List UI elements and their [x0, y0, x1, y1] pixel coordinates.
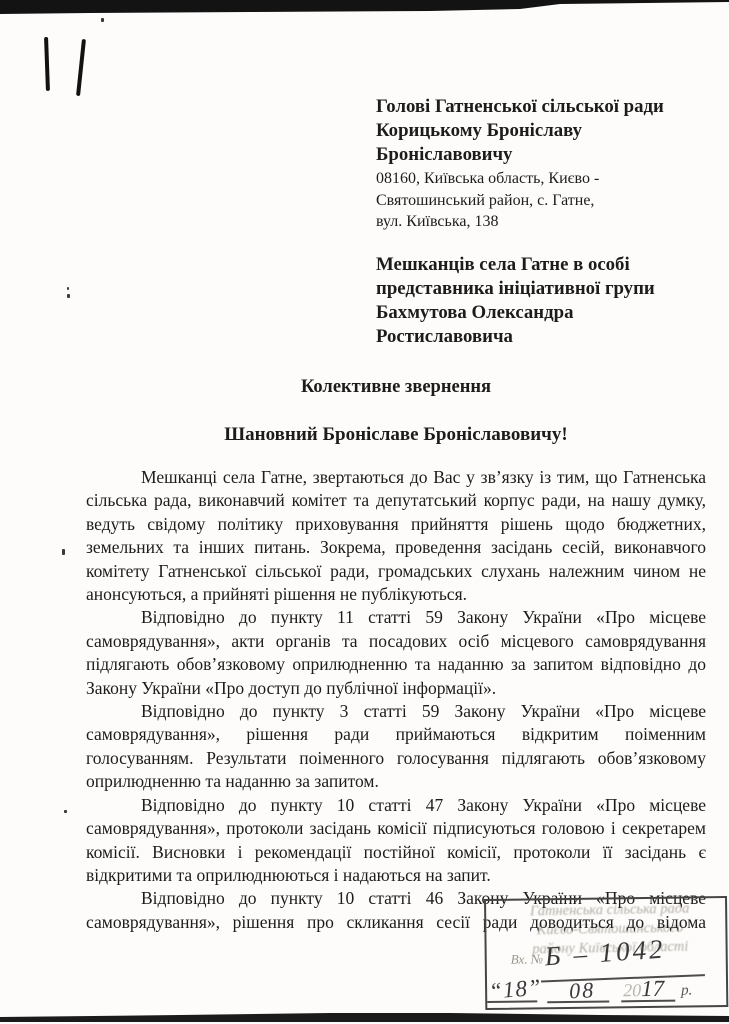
address-line: вул. Київська, 138: [376, 211, 599, 233]
address-line: Святошинський район, с. Гатне,: [376, 190, 599, 212]
pen-mark-left: [44, 37, 50, 91]
scan-speck: [101, 18, 104, 22]
scan-speck: [67, 287, 69, 290]
sender-line: Бахмутова Олександра: [376, 301, 655, 325]
recipient-line: Корицькому Броніславу: [376, 119, 664, 143]
paragraph: Відповідно до пункту 11 статті 59 Закону…: [86, 606, 706, 700]
stamp-date-year: 2017: [623, 976, 664, 1002]
scanned-letter-page: Голові Гатненської сільської ради Кориць…: [0, 0, 729, 1024]
sender-line: представника ініціативної групи: [376, 277, 655, 301]
sender-block: Мешканців села Гатне в особі представник…: [376, 253, 655, 349]
salutation: Шановний Броніславе Броніславовичу!: [85, 424, 707, 446]
stamp-year-handwritten: 17: [641, 976, 664, 1001]
recipient-block: Голові Гатненської сільської ради Кориць…: [376, 95, 664, 166]
scan-speck: [67, 294, 70, 298]
sender-line: Мешканців села Гатне в особі: [376, 253, 655, 277]
scan-speck: [64, 810, 67, 813]
stamp-underline: [547, 1000, 609, 1003]
recipient-address-block: 08160, Київська область, Києво - Святоши…: [376, 168, 599, 233]
paragraph: Відповідно до пункту 3 статті 59 Закону …: [86, 700, 706, 794]
stamp-underline: [621, 1000, 675, 1003]
stamp-underline: [487, 1000, 537, 1003]
incoming-number-handwritten: Б – 1042: [544, 934, 667, 973]
stamp-date-suffix: р.: [681, 982, 692, 999]
paragraph: Відповідно до пункту 10 статті 47 Закону…: [86, 794, 706, 888]
pen-mark-right: [76, 39, 86, 96]
recipient-line: Голові Гатненської сільської ради: [376, 95, 664, 119]
letter-body: Мешканці села Гатне, звертаються до Вас …: [86, 466, 706, 934]
scan-edge-top: [0, 0, 729, 14]
paragraph: Мешканці села Гатне, звертаються до Вас …: [86, 466, 706, 606]
incoming-number-label: Вх. №: [511, 951, 543, 967]
document-title: Колективне звернення: [85, 377, 707, 398]
scan-edge-bottom: [0, 1013, 729, 1022]
scan-speck: [62, 549, 65, 555]
sender-line: Ростиславовича: [376, 325, 655, 349]
stamp-year-printed: 20: [623, 980, 641, 1000]
recipient-line: Броніславовичу: [376, 143, 664, 167]
address-line: 08160, Київська область, Києво -: [376, 168, 599, 190]
registration-stamp: Вх. № Б – 1042 “18” 08 2017 р.: [484, 896, 728, 1010]
